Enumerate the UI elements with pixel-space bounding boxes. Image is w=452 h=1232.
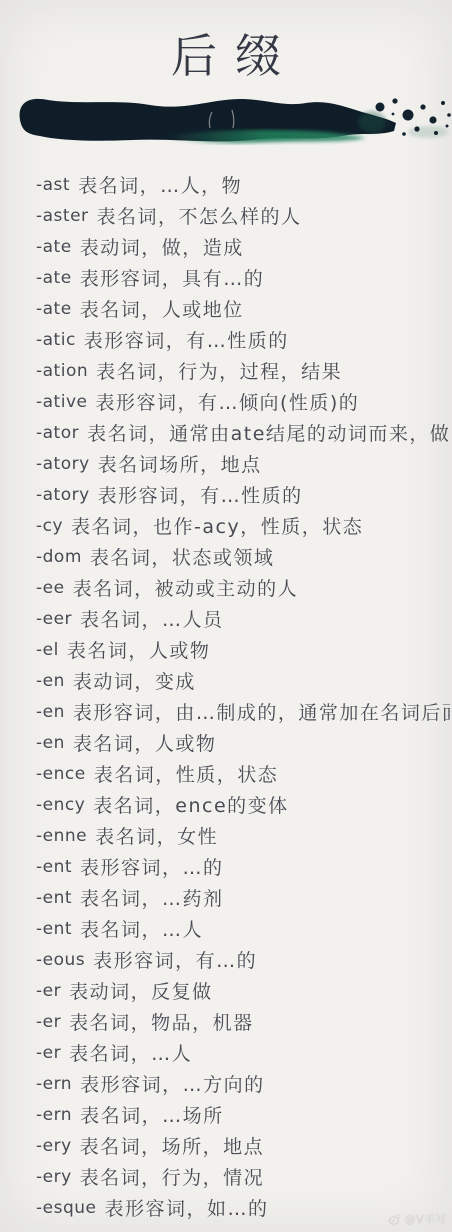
suffix-label: -en	[36, 671, 65, 691]
suffix-description: 表形容词，…方向的	[80, 1070, 265, 1097]
suffix-label: -ation	[36, 361, 88, 381]
suffix-label: -atory	[36, 454, 90, 474]
suffix-label: -eous	[36, 950, 85, 970]
suffix-label: -ery	[36, 1136, 72, 1156]
page-title: 后缀	[0, 20, 452, 86]
suffix-description: 表名词，…人	[80, 915, 203, 942]
suffix-entry: -ative 表形容词，有…倾向(性质)的	[36, 386, 450, 417]
suffix-label: -ate	[36, 268, 72, 288]
suffix-entry: -ee 表名词，被动或主动的人	[36, 572, 450, 603]
watermark: @V手写	[388, 1211, 447, 1227]
suffix-label: -ency	[36, 795, 85, 815]
suffix-description: 表名词，性质，状态	[94, 760, 279, 787]
suffix-description: 表形容词，有…性质的	[84, 326, 289, 353]
suffix-description: 表名词，行为，情况	[80, 1163, 265, 1190]
suffix-entry: -ast 表名词，…人，物	[36, 169, 450, 200]
suffix-description: 表名词，ence的变体	[93, 791, 288, 818]
suffix-entry: -el 表名词，人或物	[36, 634, 450, 665]
suffix-description: 表名词，不怎么样的人	[97, 202, 302, 229]
suffix-label: -el	[36, 640, 59, 660]
suffix-label: -ery	[36, 1167, 72, 1187]
suffix-label: -ate	[36, 237, 72, 257]
suffix-entry: -en 表动词，变成	[36, 665, 450, 696]
suffix-description: 表名词，…人，物	[78, 171, 242, 198]
suffix-entry: -en 表形容词，由…制成的，通常加在名词后面	[36, 696, 450, 727]
suffix-description: 表名词，…场所	[80, 1101, 224, 1128]
suffix-entry: -ern 表形容词，…方向的	[36, 1068, 450, 1099]
suffix-description: 表名词，也作-acy，性质，状态	[71, 512, 363, 539]
suffix-label: -cy	[36, 516, 63, 536]
suffix-label: -er	[36, 1012, 61, 1032]
suffix-entry: -ent 表名词，…人	[36, 913, 450, 944]
suffix-label: -en	[36, 733, 65, 753]
suffix-label: -atory	[36, 485, 90, 505]
suffix-entry: -eous 表形容词，有…的	[36, 944, 450, 975]
suffix-description: 表名词，状态或领域	[90, 543, 275, 570]
suffix-description: 表形容词，有…倾向(性质)的	[95, 388, 359, 415]
suffix-entry: -atic 表形容词，有…性质的	[36, 324, 450, 355]
suffix-description: 表名词，女性	[95, 822, 218, 849]
suffix-description: 表名词，物品，机器	[69, 1008, 254, 1035]
suffix-description: 表形容词，有…的	[93, 946, 257, 973]
suffix-entry: -ate 表名词，人或地位	[36, 293, 450, 324]
suffix-label: -ast	[36, 175, 70, 195]
suffix-entry: -atory 表形容词，有…性质的	[36, 479, 450, 510]
suffix-description: 表名词，人或物	[73, 729, 217, 756]
watermark-text: @V手写	[404, 1211, 447, 1227]
suffix-label: -dom	[36, 547, 82, 567]
suffix-description: 表形容词，…的	[80, 853, 224, 880]
suffix-label: -ative	[36, 392, 87, 412]
suffix-label: -atic	[36, 330, 76, 350]
suffix-label: -enne	[36, 826, 87, 846]
suffix-description: 表名词，通常由ate结尾的动词而来，做事的人	[87, 419, 450, 446]
suffix-label: -ator	[36, 423, 79, 443]
suffix-entry: -en 表名词，人或物	[36, 727, 450, 758]
weibo-icon	[388, 1213, 401, 1226]
suffix-description: 表形容词，具有…的	[80, 264, 265, 291]
suffix-entry: -ate 表形容词，具有…的	[36, 262, 450, 293]
suffix-label: -ent	[36, 919, 72, 939]
suffix-label: -ate	[36, 299, 72, 319]
suffix-entry: -er 表动词，反复做	[36, 975, 450, 1006]
suffix-description: 表名词，…人	[69, 1039, 192, 1066]
suffix-entry: -ency 表名词，ence的变体	[36, 789, 450, 820]
suffix-entry: -enne 表名词，女性	[36, 820, 450, 851]
suffix-entry: -dom 表名词，状态或领域	[36, 541, 450, 572]
suffix-label: -en	[36, 702, 65, 722]
suffix-entry: -ence 表名词，性质，状态	[36, 758, 450, 789]
suffix-list: -ast 表名词，…人，物 -aster 表名词，不怎么样的人 -ate 表动词…	[36, 169, 450, 1223]
suffix-description: 表形容词，如…的	[104, 1194, 268, 1221]
suffix-entry: -ate 表动词，做，造成	[36, 231, 450, 262]
suffix-description: 表名词，行为，过程，结果	[96, 357, 342, 384]
suffix-label: -aster	[36, 206, 89, 226]
suffix-entry: -ator 表名词，通常由ate结尾的动词而来，做事的人	[36, 417, 450, 448]
suffix-label: -ern	[36, 1105, 72, 1125]
suffix-description: 表形容词，由…制成的，通常加在名词后面	[73, 698, 450, 725]
suffix-entry: -ation 表名词，行为，过程，结果	[36, 355, 450, 386]
suffix-label: -esque	[36, 1198, 96, 1218]
suffix-entry: -cy 表名词，也作-acy，性质，状态	[36, 510, 450, 541]
suffix-entry: -ent 表形容词，…的	[36, 851, 450, 882]
suffix-description: 表名词场所，地点	[98, 450, 262, 477]
suffix-description: 表形容词，有…性质的	[98, 481, 303, 508]
suffix-label: -ee	[36, 578, 65, 598]
suffix-description: 表名词，场所，地点	[80, 1132, 265, 1159]
suffix-description: 表动词，反复做	[69, 977, 213, 1004]
suffix-label: -ent	[36, 857, 72, 877]
notes-page: 后缀	[0, 0, 452, 1232]
suffix-description: 表动词，做，造成	[80, 233, 244, 260]
suffix-entry: -ery 表名词，场所，地点	[36, 1130, 450, 1161]
suffix-label: -ent	[36, 888, 72, 908]
suffix-label: -ern	[36, 1074, 72, 1094]
suffix-description: 表名词，…药剂	[80, 884, 224, 911]
suffix-entry: -eer 表名词，…人员	[36, 603, 450, 634]
suffix-entry: -ent 表名词，…药剂	[36, 882, 450, 913]
suffix-description: 表名词，被动或主动的人	[73, 574, 299, 601]
suffix-label: -ence	[36, 764, 86, 784]
suffix-entry: -atory 表名词场所，地点	[36, 448, 450, 479]
suffix-label: -er	[36, 1043, 61, 1063]
suffix-entry: -er 表名词，…人	[36, 1037, 450, 1068]
suffix-entry: -er 表名词，物品，机器	[36, 1006, 450, 1037]
suffix-label: -er	[36, 981, 61, 1001]
suffix-description: 表名词，人或物	[67, 636, 211, 663]
suffix-entry: -ern 表名词，…场所	[36, 1099, 450, 1130]
suffix-entry: -aster 表名词，不怎么样的人	[36, 200, 450, 231]
suffix-entry: -ery 表名词，行为，情况	[36, 1161, 450, 1192]
suffix-description: 表动词，变成	[73, 667, 196, 694]
suffix-description: 表名词，…人员	[80, 605, 224, 632]
suffix-label: -eer	[36, 609, 72, 629]
suffix-description: 表名词，人或地位	[80, 295, 244, 322]
ink-brush-stroke	[0, 90, 452, 148]
